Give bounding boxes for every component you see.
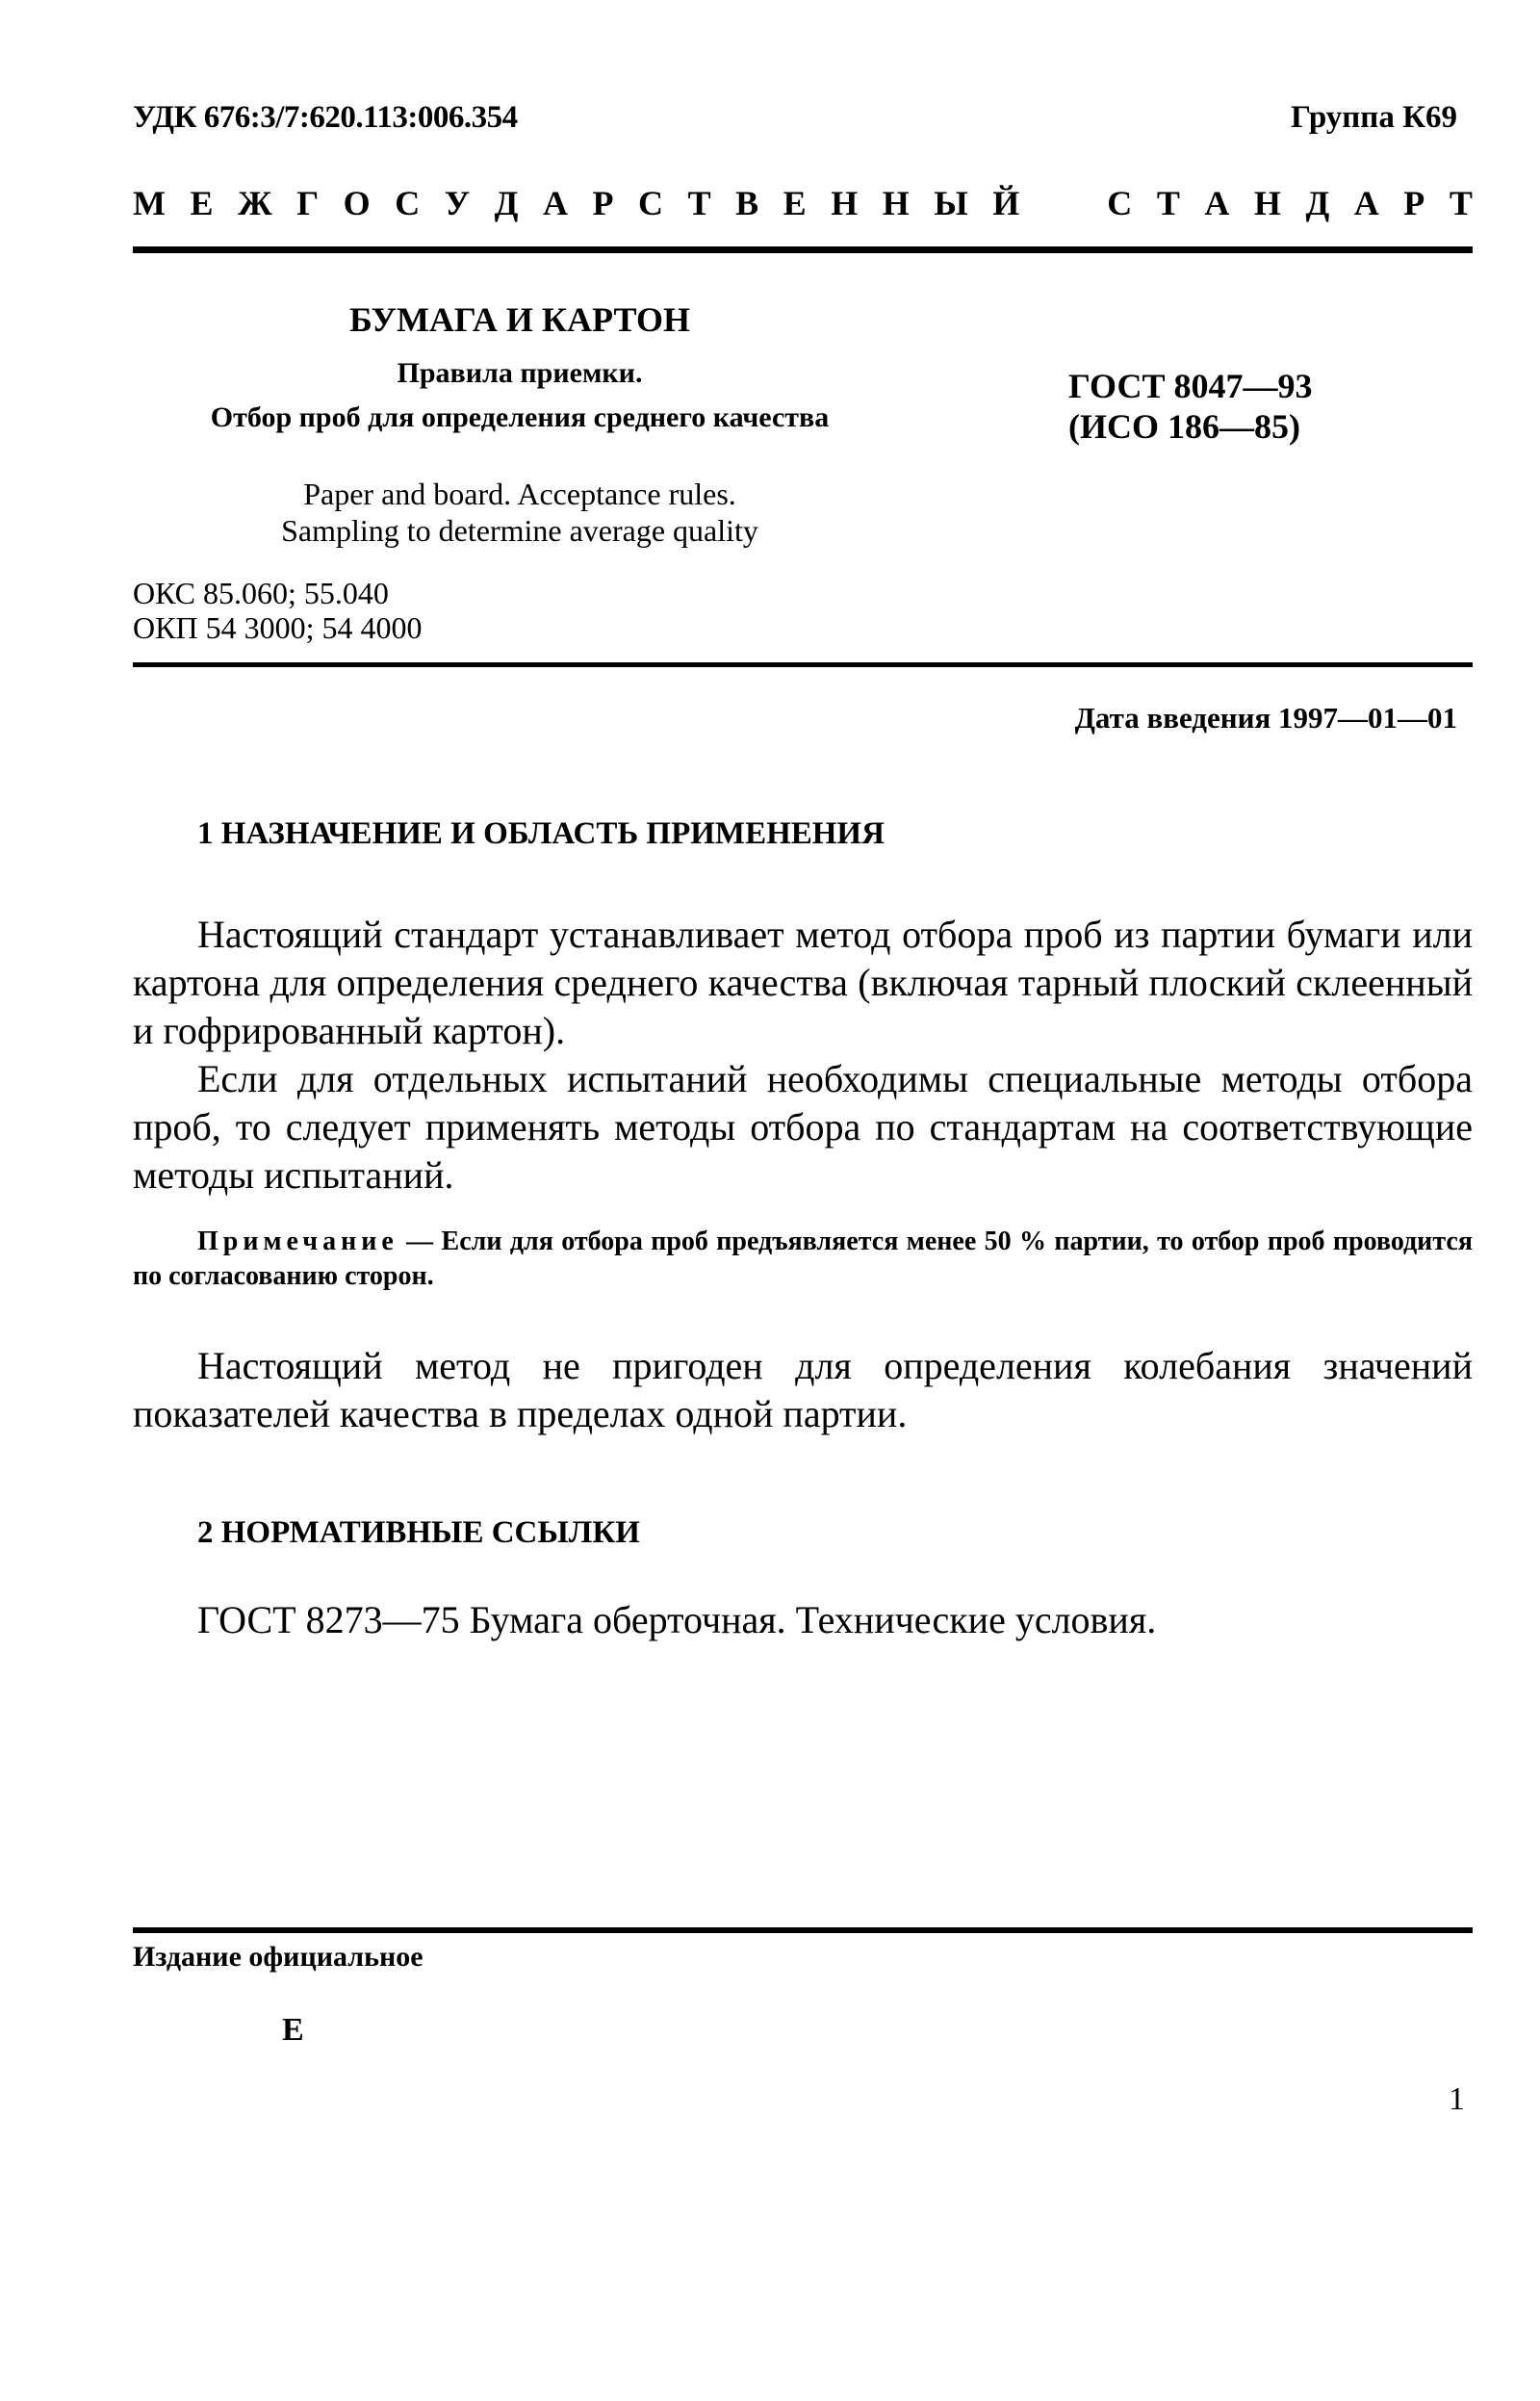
heading-letter: Н [831,183,858,223]
english-title-line-1: Paper and board. Acceptance rules. [154,476,885,512]
section-2-title: 2 НОРМАТИВНЫЕ ССЫЛКИ [197,1515,640,1551]
section-1-title: 1 НАЗНАЧЕНИЕ И ОБЛАСТЬ ПРИМЕНЕНИЯ [197,816,885,852]
top-divider [133,246,1473,253]
heading-letter: Р [1403,183,1424,223]
word-gap [1044,183,1083,223]
heading-letter: Т [1450,183,1473,223]
oks-code: ОКС 85.060; 55.040 [133,576,422,610]
heading-letter: О [344,183,371,223]
heading-letter: С [638,183,663,223]
heading-letter: В [735,183,758,223]
standard-designation: ГОСТ 8047—93 (ИСО 186—85) [1068,366,1312,447]
effective-date: Дата введения 1997—01—01 [1075,701,1457,736]
classification-codes: ОКС 85.060; 55.040 ОКП 54 3000; 54 4000 [133,576,422,645]
note-label: Примечание [197,1226,398,1256]
heading-letter: Д [1305,183,1329,223]
group-code: Группа К69 [1291,100,1457,136]
heading-letter: У [445,183,470,223]
footer-divider [133,1927,1473,1933]
heading-letter: Т [688,183,711,223]
classification-divider [133,662,1473,667]
section-1-paragraph-1: Настоящий стандарт устанавливает метод о… [133,911,1473,1055]
heading-letter: Е [783,183,807,223]
edition-mark: Е [282,2012,304,2049]
page-number: 1 [1449,2081,1465,2118]
heading-letter: А [1354,183,1379,223]
english-title-line-2: Sampling to determine average quality [154,512,885,549]
udk-code: УДК 676:3/7:620.113:006.354 [133,100,518,136]
heading-letter: Ж [238,183,272,223]
section-1-paragraph-3: Настоящий метод не пригоден для определе… [133,1342,1473,1438]
heading-letter: М [133,183,166,223]
heading-letter: Ы [934,183,967,223]
heading-letter: Н [883,183,910,223]
okp-code: ОКП 54 3000; 54 4000 [133,610,422,645]
standard-type-heading: МЕЖГОСУДАРСТВЕННЫЙСТАНДАРТ [133,183,1473,223]
heading-letter: Г [296,183,319,223]
gost-number: ГОСТ 8047—93 [1068,366,1312,406]
heading-letter: Й [992,183,1019,223]
official-edition-label: Издание официальное [133,1941,423,1974]
heading-letter: Д [495,183,519,223]
heading-letter: А [543,183,568,223]
heading-letter: Р [593,183,614,223]
heading-letter: Е [191,183,214,223]
note: Примечание — Если для отбора проб предъя… [133,1225,1473,1294]
heading-letter: А [1204,183,1229,223]
document-subtitle-2: Отбор проб для определения среднего каче… [154,399,885,437]
heading-letter: Т [1157,183,1180,223]
document-title: БУМАГА И КАРТОН [154,298,885,341]
normative-reference: ГОСТ 8273—75 Бумага оберточная. Техничес… [197,1596,1156,1644]
iso-number: (ИСО 186—85) [1068,406,1312,447]
section-1-paragraph-2: Если для отдельных испытаний необходимы … [133,1055,1473,1200]
heading-letter: Н [1254,183,1281,223]
document-subtitle: Правила приемки. [154,354,885,393]
title-block: БУМАГА И КАРТОН Правила приемки. Отбор п… [154,298,885,549]
heading-letter: С [1107,183,1132,223]
english-title: Paper and board. Acceptance rules. Sampl… [154,476,885,549]
heading-letter: С [395,183,420,223]
